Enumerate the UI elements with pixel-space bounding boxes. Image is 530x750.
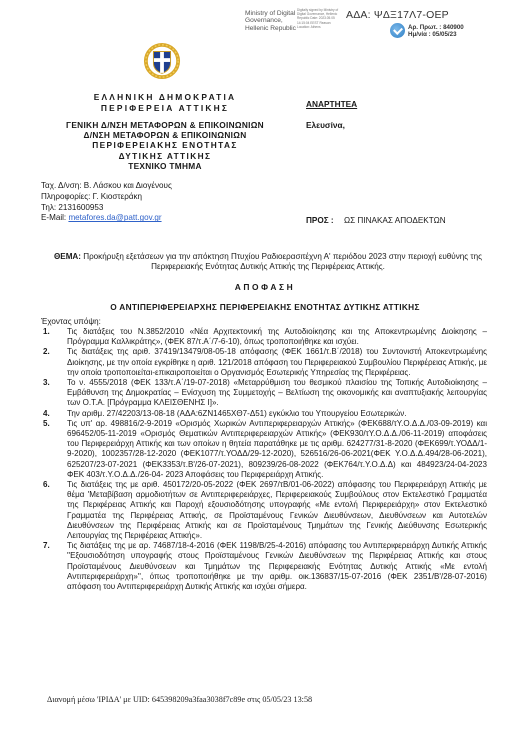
decider-title: Ο ΑΝΤΙΠΕΡΙΦΕΡΕΙΑΡΧΗΣ ΠΕΡΙΦΕΡΕΙΑΚΗΣ ΕΝΟΤΗ… — [0, 302, 530, 312]
email-label: E-Mail: — [41, 213, 66, 222]
distribution-footer: Διανομή μέσω 'ΙΡΙΔΑ' με UID: 645398209a3… — [47, 695, 312, 704]
region-title: ΠΕΡΙΦΕΡΕΙΑ ΑΤΤΙΚΗΣ — [40, 103, 290, 114]
recipients-value: ΩΣ ΠΙΝΑΚΑΣ ΑΠΟΔΕΚΤΩΝ — [344, 216, 446, 225]
contact-block: Ταχ. Δ/νση: Β. Λάσκου και Διογένους Πληρ… — [41, 181, 172, 224]
protocol-stamp: Αρ. Πρωτ. : 840900 Ημ/νία : 05/05/23 — [390, 23, 464, 38]
ada-code: ΑΔΑ: ΨΔΞ17Λ7-ΟΕΡ — [346, 9, 449, 21]
considerations-list: 1.Τις διατάξεις του Ν.3852/2010 «Νέα Αρχ… — [41, 327, 487, 592]
list-item: 3.Το ν. 4555/2018 (ΦΕΚ 133/τ.Α΄/19-07-20… — [41, 378, 487, 409]
contact-email-row: E-Mail: metafores.da@patt.gov.gr — [41, 213, 172, 224]
department-line: ΔΥΤΙΚΗΣ ΑΤΤΙΚΗΣ — [40, 151, 290, 161]
department-line: ΠΕΡΙΦΕΡΕΙΑΚΗΣ ΕΝΟΤΗΤΑΣ — [40, 140, 290, 150]
department-line: ΤΕΧΝΙΚΟ ΤΜΗΜΑ — [40, 161, 290, 171]
greek-coat-of-arms-icon — [143, 42, 181, 80]
issuer-header: ΕΛΛΗΝΙΚΗ ΔΗΜΟΚΡΑΤΙΑ ΠΕΡΙΦΕΡΕΙΑ ΑΤΤΙΚΗΣ Γ… — [40, 92, 290, 171]
list-item: 6.Τις διατάξεις της με αριθ. 450172/20-0… — [41, 480, 487, 541]
list-item: 4.Την αριθμ. 27/42203/13-08-18 (ΑΔΑ:6ΖΝ1… — [41, 409, 487, 419]
decision-title: ΑΠΟΦΑΣΗ — [0, 282, 530, 292]
list-item: 2.Τις διατάξεις της αριθ. 37419/13479/08… — [41, 347, 487, 378]
subject: ΘΕΜΑ: Προκήρυξη εξετάσεων για την απόκτη… — [48, 252, 488, 272]
place-date: Ελευσίνα, — [306, 120, 345, 130]
considering-label: Έχοντας υπόψη: — [41, 317, 101, 326]
list-item: 5.Τις υπ' αρ. 498816/2-9-2019 «Ορισμός Χ… — [41, 419, 487, 480]
digital-signature-details: Digitally signed by Ministry of Digital … — [297, 8, 345, 29]
subject-text: Προκήρυξη εξετάσεων για την απόκτηση Πτυ… — [83, 252, 482, 271]
protocol-number: Αρ. Πρωτ. : 840900 — [408, 24, 464, 31]
republic-title: ΕΛΛΗΝΙΚΗ ΔΗΜΟΚΡΑΤΙΑ — [40, 92, 290, 103]
list-item: 7.Τις διατάξεις της με αρ. 74687/18-4-20… — [41, 541, 487, 592]
contact-phone: Τηλ: 2131600953 — [41, 203, 172, 214]
contact-info: Πληροφορίες: Γ. Κιοστεράκη — [41, 192, 172, 203]
digital-signature-organization: Ministry of Digital Governance, Hellenic… — [245, 10, 305, 32]
contact-address: Ταχ. Δ/νση: Β. Λάσκου και Διογένους — [41, 181, 172, 192]
iris-logo-icon — [390, 23, 405, 38]
list-item: 1.Τις διατάξεις του Ν.3852/2010 «Νέα Αρχ… — [41, 327, 487, 347]
protocol-info: Αρ. Πρωτ. : 840900 Ημ/νία : 05/05/23 — [408, 24, 464, 38]
subject-label: ΘΕΜΑ: — [54, 252, 81, 261]
email-link[interactable]: metafores.da@patt.gov.gr — [68, 213, 161, 222]
posting-label: ΑΝΑΡΤΗΤΕΑ — [306, 99, 357, 109]
department-line: Δ/ΝΣΗ ΜΕΤΑΦΟΡΩΝ & ΕΠΙΚΟΙΝΩΝΙΩΝ — [40, 130, 290, 140]
protocol-date: Ημ/νία : 05/05/23 — [408, 31, 464, 38]
recipients: ΠΡΟΣ : ΩΣ ΠΙΝΑΚΑΣ ΑΠΟΔΕΚΤΩΝ — [306, 216, 446, 225]
department-line: ΓΕΝΙΚΗ Δ/ΝΣΗ ΜΕΤΑΦΟΡΩΝ & ΕΠΙΚΟΙΝΩΝΙΩΝ — [40, 120, 290, 130]
recipients-label: ΠΡΟΣ : — [306, 216, 334, 225]
